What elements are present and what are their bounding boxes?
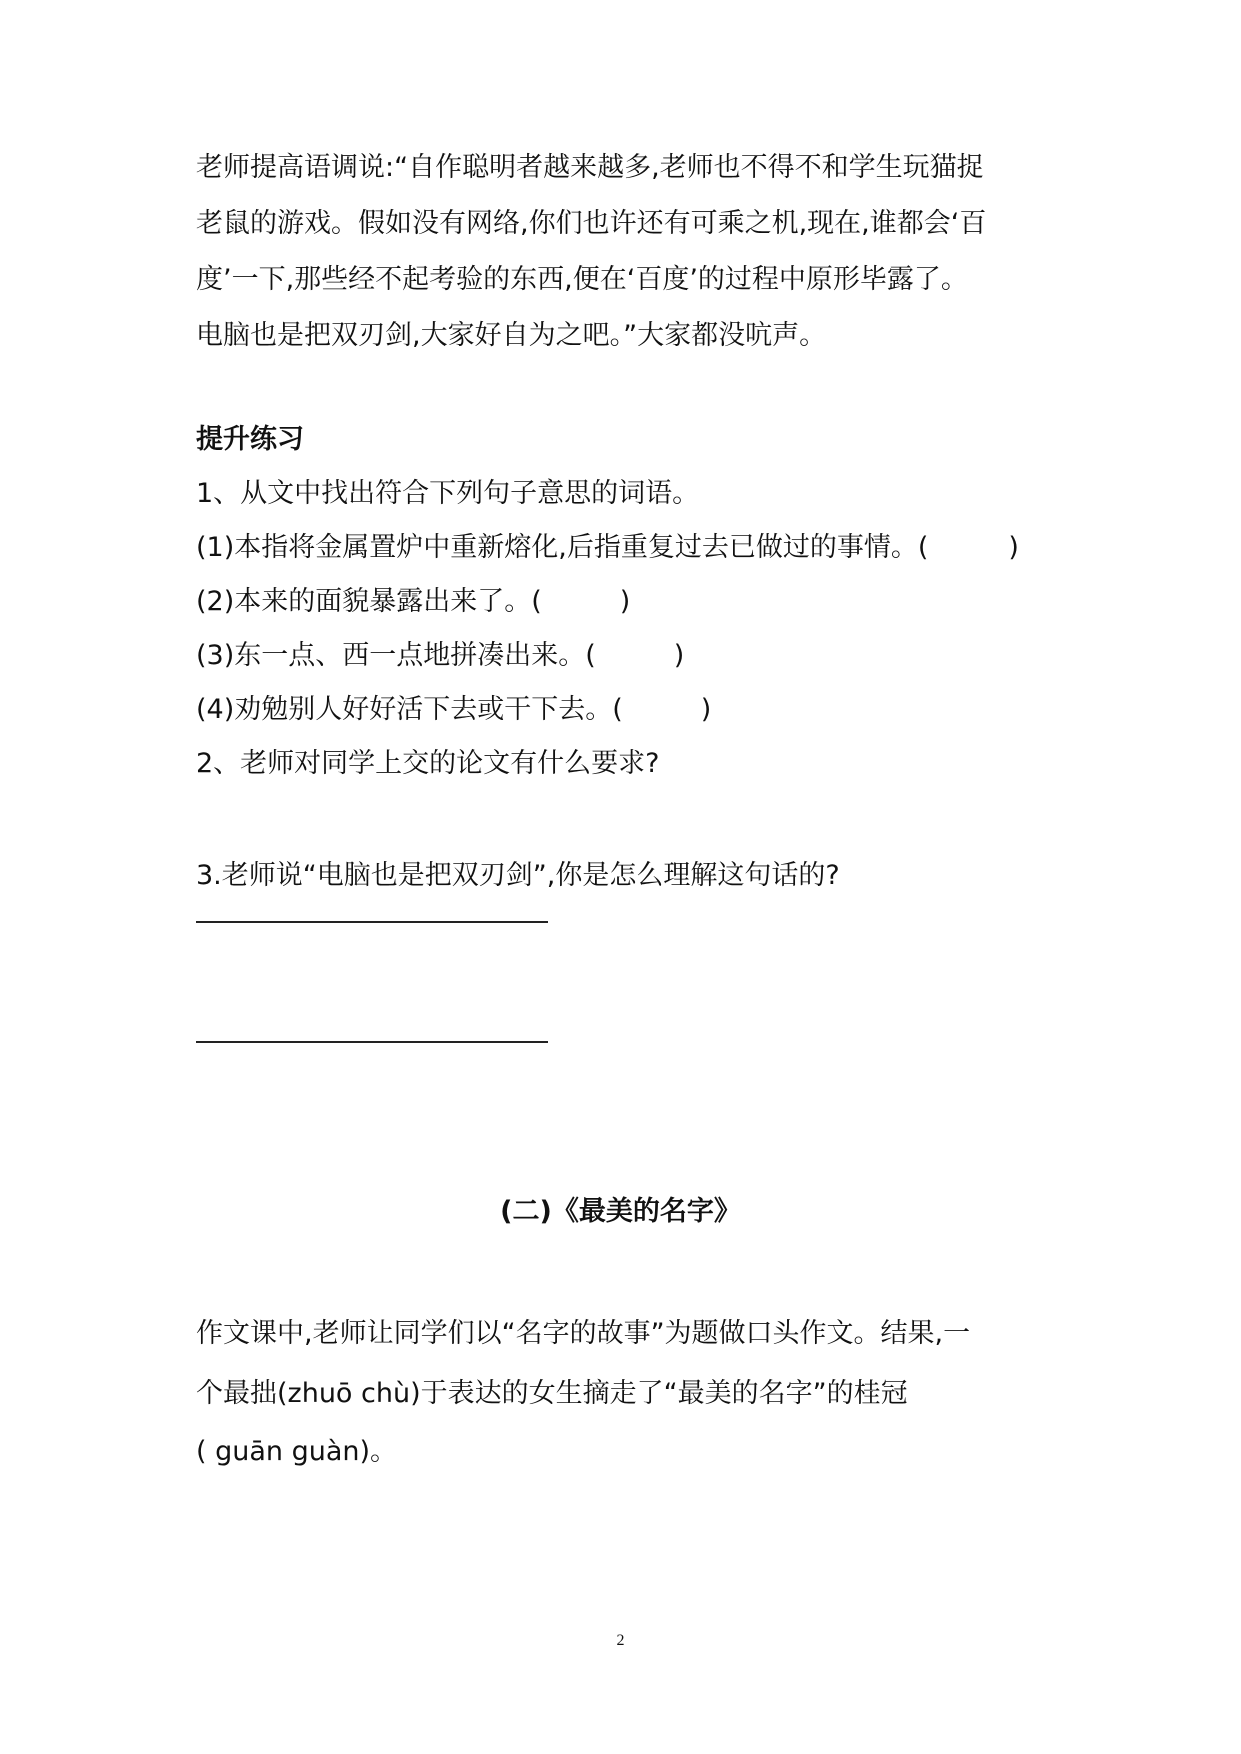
passage-line: 老鼠的游戏。假如没有网络,你们也许还有可乘之机,现在,谁都会‘百 xyxy=(196,206,986,242)
question-1-item: (3)东一点、西一点地拼凑出来。() xyxy=(196,638,684,674)
passage-line: 老师提高语调说:“自作聪明者越来越多,老师也不得不和学生玩猫捉 xyxy=(196,150,984,186)
answer-line[interactable] xyxy=(196,921,548,923)
item-text: (3)东一点、西一点地拼凑出来。( xyxy=(196,640,596,671)
item-close-paren: ) xyxy=(701,694,712,725)
passage-line: ( guān guàn)。 xyxy=(196,1434,397,1470)
question-1-item: (1)本指将金属置炉中重新熔化,后指重复过去已做过的事情。() xyxy=(196,530,1019,566)
item-close-paren: ) xyxy=(1008,532,1019,563)
question-1-item: (2)本来的面貌暴露出来了。() xyxy=(196,584,630,620)
item-close-paren: ) xyxy=(674,640,685,671)
item-close-paren: ) xyxy=(620,586,631,617)
page-number: 2 xyxy=(0,1632,1241,1650)
passage-line: 作文课中,老师让同学们以“名字的故事”为题做口头作文。结果,一 xyxy=(196,1316,970,1352)
item-text: (1)本指将金属置炉中重新熔化,后指重复过去已做过的事情。( xyxy=(196,532,928,563)
item-text: (2)本来的面貌暴露出来了。( xyxy=(196,586,542,617)
question-3-prompt: 3.老师说“电脑也是把双刃剑”,你是怎么理解这句话的? xyxy=(196,858,840,894)
section-heading: 提升练习 xyxy=(196,422,304,458)
question-1-prompt: 1、从文中找出符合下列句子意思的词语。 xyxy=(196,476,699,512)
question-1-item: (4)劝勉别人好好活下去或干下去。() xyxy=(196,692,711,728)
answer-line[interactable] xyxy=(196,1041,548,1043)
section-title: (二)《最美的名字》 xyxy=(0,1194,1241,1230)
question-2-prompt: 2、老师对同学上交的论文有什么要求? xyxy=(196,746,660,782)
item-text: (4)劝勉别人好好活下去或干下去。( xyxy=(196,694,623,725)
passage-line: 度’一下,那些经不起考验的东西,便在‘百度’的过程中原形毕露了。 xyxy=(196,262,968,298)
passage-line: 电脑也是把双刃剑,大家好自为之吧。”大家都没吭声。 xyxy=(196,318,826,354)
passage-line: 个最拙(zhuō chù)于表达的女生摘走了“最美的名字”的桂冠 xyxy=(196,1376,908,1412)
